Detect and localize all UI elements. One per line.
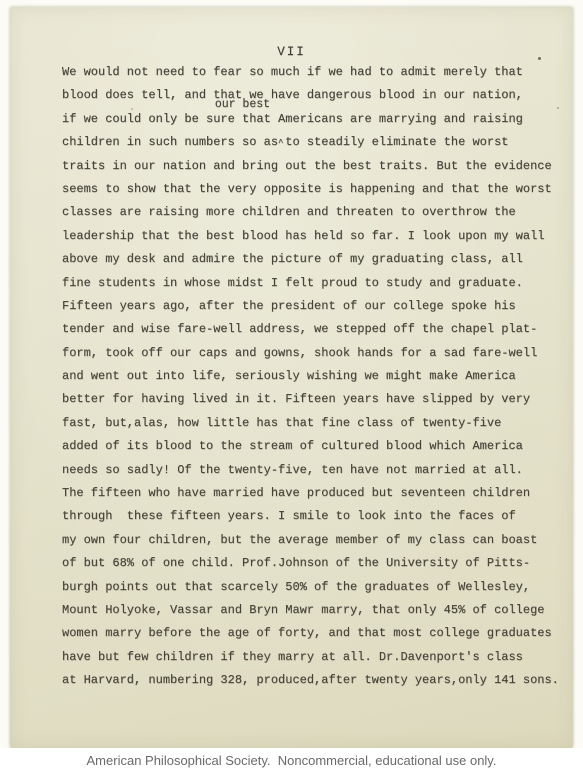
text-line: at Harvard, numbering 328, produced,afte… xyxy=(62,669,569,692)
text-line: if we could only be sure that our best^A… xyxy=(62,108,569,131)
text-line: tender and wise fare-well address, we st… xyxy=(62,318,569,341)
text-line: my own four children, but the average me… xyxy=(62,529,569,552)
text-line: traits in our nation and bring out the b… xyxy=(62,155,569,178)
text-line: fine students in whose midst I felt prou… xyxy=(62,272,569,295)
text-line: above my desk and admire the picture of … xyxy=(62,248,569,271)
paper-speck xyxy=(538,57,541,60)
text-line: better for having lived in it. Fifteen y… xyxy=(62,388,569,411)
text-line: seems to show that the very opposite is … xyxy=(62,178,569,201)
text-line: and went out into life, seriously wishin… xyxy=(62,365,569,388)
interlinear-insertion: our best xyxy=(215,93,270,116)
paper-speck xyxy=(557,107,559,109)
text-line: children in such numbers so as to steadi… xyxy=(62,131,569,154)
typewritten-text-block: We would not need to fear so much if we … xyxy=(10,61,573,693)
text-line: Fifteen years ago, after the president o… xyxy=(62,295,569,318)
scanned-document-page: VII We would not need to fear so much if… xyxy=(10,7,573,748)
text-line: added of its blood to the stream of cult… xyxy=(62,435,569,458)
text-line: burgh points out that scarcely 50% of th… xyxy=(62,576,569,599)
text-line: of but 68% of one child. Prof.Johnson of… xyxy=(62,552,569,575)
text-line: needs so sadly! Of the twenty-five, ten … xyxy=(62,459,569,482)
text-line: leadership that the best blood has held … xyxy=(62,225,569,248)
copyright-caption: American Philosophical Society. Noncomme… xyxy=(87,753,497,768)
page-number: VII xyxy=(10,45,573,59)
text-line: women marry before the age of forty, and… xyxy=(62,622,569,645)
text-line: fast, but,alas, how little has that fine… xyxy=(62,412,569,435)
text-line: have but few children if they marry at a… xyxy=(62,646,569,669)
text-line: form, took off our caps and gowns, shook… xyxy=(62,342,569,365)
text-line: We would not need to fear so much if we … xyxy=(62,61,569,84)
text-line: Mount Holyoke, Vassar and Bryn Mawr marr… xyxy=(62,599,569,622)
text-line: blood does tell, and that we have danger… xyxy=(62,84,569,107)
text-line: through these fifteen years. I smile to … xyxy=(62,505,569,528)
paper-speck xyxy=(131,108,133,110)
footer-bar: American Philosophical Society. Noncomme… xyxy=(0,748,583,772)
text-line: The fifteen who have married have produc… xyxy=(62,482,569,505)
line-segment-after: Americans are marrying and raising xyxy=(278,112,523,126)
text-line: classes are raising more children and th… xyxy=(62,201,569,224)
